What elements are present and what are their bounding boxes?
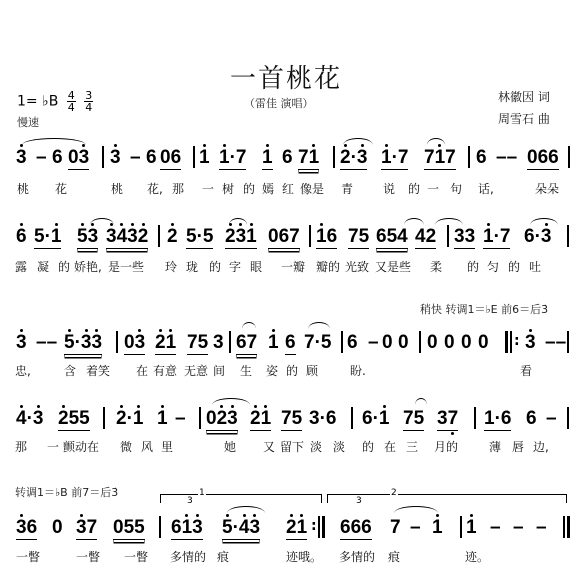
note: 5: [134, 518, 145, 538]
note: 2: [167, 227, 178, 247]
note-group: 0: [461, 333, 472, 353]
barline: [460, 516, 462, 538]
note: 6: [476, 148, 487, 168]
note: 0: [124, 333, 135, 353]
note-group: 0: [52, 518, 63, 538]
note: 3: [236, 227, 247, 247]
slur: [404, 218, 424, 225]
note: 3: [135, 333, 146, 353]
triplet-marker-2: 3: [356, 496, 362, 506]
note: 1: [51, 227, 62, 247]
lyric-syllable: 在: [136, 362, 148, 379]
slur: [435, 218, 463, 225]
lyric-syllable: 唇: [512, 438, 524, 455]
note: 5: [79, 409, 90, 429]
lyric-syllable: 一: [202, 180, 214, 197]
barline: [341, 331, 343, 353]
repeat-dots: :: [514, 333, 520, 349]
note: 1: [268, 333, 279, 353]
note: 3: [33, 409, 44, 429]
note: 5: [292, 409, 303, 429]
lyric-syllable: 珑: [186, 258, 198, 275]
note: 7: [424, 148, 435, 168]
lyric-syllable: 迹。: [465, 548, 489, 565]
barline: [567, 225, 569, 247]
note: 1: [261, 409, 272, 429]
note-group: 1: [262, 148, 273, 170]
slur: [242, 322, 256, 329]
note: 0: [444, 333, 455, 353]
note: 0: [52, 518, 63, 538]
lyric-syllable: 话,: [478, 180, 494, 197]
note: 0: [461, 333, 472, 353]
barline: [159, 516, 161, 538]
note: –: [175, 409, 186, 429]
note-group: 5·33: [64, 333, 102, 355]
note: 3: [227, 409, 238, 429]
note: 0: [398, 333, 409, 353]
note-group: 067: [268, 227, 300, 249]
lyric-syllable: 柔: [430, 258, 442, 275]
lyric-syllable: 看: [520, 362, 532, 379]
lyric-syllable: 眼: [250, 258, 262, 275]
note: 6: [171, 518, 182, 538]
note-group: 613: [171, 518, 203, 540]
lyric-syllable: 多情的: [339, 548, 375, 565]
note: 3: [192, 518, 203, 538]
lyric-syllable: 又: [263, 438, 275, 455]
slur: [90, 218, 114, 225]
note: 2: [426, 227, 437, 247]
note-group: 3·6: [309, 409, 336, 429]
note: 2: [225, 227, 236, 247]
repeat-dots: :: [311, 518, 317, 534]
note: 0: [527, 148, 538, 168]
lyric-syllable: 淡: [310, 438, 322, 455]
note: 3: [91, 333, 102, 353]
note: 6: [327, 227, 338, 247]
note: 1: [379, 409, 390, 429]
lyric-syllable: 生: [240, 362, 252, 379]
lyricist-credit: 林徽因 词: [498, 88, 550, 105]
lyric-syllable: 她: [224, 438, 236, 455]
note-group: 0: [382, 333, 393, 353]
note: –: [490, 518, 501, 538]
note: 7: [500, 227, 511, 247]
note: 1: [219, 148, 230, 168]
note-group: 255: [58, 409, 90, 431]
note: 3: [437, 409, 448, 429]
note-group: 6: [52, 148, 63, 168]
note: 0: [268, 227, 279, 247]
note: 2: [286, 518, 297, 538]
barline: [351, 407, 353, 429]
note: 0: [160, 148, 171, 168]
note: 6: [351, 518, 362, 538]
note: 2: [155, 333, 166, 353]
note-group: 6: [16, 227, 27, 247]
note: 2: [340, 148, 351, 168]
note-group: 75: [348, 227, 369, 249]
repeat-start-barline: [505, 331, 508, 353]
lyric-syllable: 薄: [489, 438, 501, 455]
lyric-syllable: 桃: [17, 180, 29, 197]
repeat-end-thin: [318, 516, 320, 538]
note: 7: [448, 409, 459, 429]
note: 7: [445, 148, 456, 168]
lyric-syllable: 吐: [529, 258, 541, 275]
note-group: 7·5: [304, 333, 331, 353]
lyric-syllable: 一瞥: [76, 548, 100, 565]
note: 3: [309, 409, 320, 429]
note: 4: [415, 227, 426, 247]
note: 3: [81, 333, 92, 353]
composer-credit: 周雪石 曲: [498, 110, 550, 127]
note: 3: [76, 518, 87, 538]
note: 5: [124, 518, 135, 538]
note: 7: [281, 409, 292, 429]
note: –: [36, 148, 47, 168]
lyric-syllable: 痕: [217, 548, 229, 565]
note-group: 36: [16, 518, 37, 540]
note: 5: [69, 409, 80, 429]
lyric-syllable: 月的: [434, 438, 458, 455]
lyric-syllable: 字: [229, 258, 241, 275]
note: 3: [541, 227, 552, 247]
note-group: 6: [476, 148, 487, 168]
note: 6: [538, 148, 549, 168]
barline: [199, 407, 201, 429]
note: 7: [236, 148, 247, 168]
lyric-syllable: 花,: [147, 180, 163, 197]
note: 5: [198, 333, 209, 353]
note: 6: [524, 227, 535, 247]
volta-bracket-2: [327, 494, 567, 503]
note-group: 1·7: [483, 227, 510, 249]
note: 7: [289, 227, 300, 247]
note-group: – –: [36, 333, 57, 353]
modulation-marking-2: 转调1＝♭B 前7＝后3̇: [15, 484, 118, 500]
note: 1: [182, 518, 193, 538]
lyric-syllable: 盼.: [350, 362, 366, 379]
note-group: 03: [68, 148, 89, 170]
note: 6: [362, 409, 373, 429]
note: 0: [382, 333, 393, 353]
note-group: –: [513, 518, 524, 538]
note: 7: [348, 227, 359, 247]
barline: [229, 331, 231, 353]
note-group: 0: [398, 333, 409, 353]
lyric-syllable: 忠,: [15, 362, 31, 379]
barline: [116, 331, 118, 353]
note: 6: [548, 148, 559, 168]
note: 1: [483, 227, 494, 247]
note-group: –: [410, 518, 421, 538]
note-group: 21: [250, 409, 271, 431]
note-group: 023: [206, 409, 238, 431]
lyric-syllable: 娇艳,: [74, 258, 102, 275]
note-group: 71: [298, 148, 319, 170]
lyric-syllable: 边,: [533, 438, 549, 455]
lyric-syllable: 的: [467, 258, 479, 275]
note: 3: [88, 227, 99, 247]
note-group: 0: [427, 333, 438, 353]
note: 6: [171, 148, 182, 168]
note: 6: [326, 409, 337, 429]
note-group: – –: [496, 148, 517, 168]
note-group: 37: [76, 518, 97, 540]
time-signature-4-4: 44: [67, 90, 76, 113]
note-group: 1: [432, 518, 443, 538]
note: 4: [16, 409, 27, 429]
note-group: 6: [526, 409, 537, 429]
barline: [447, 225, 449, 247]
note: 5: [387, 227, 398, 247]
slur: [415, 398, 427, 405]
lyric-syllable: 又是些: [375, 258, 411, 275]
lyric-syllable: 一: [47, 438, 59, 455]
note: 6: [347, 333, 358, 353]
note: 1: [297, 518, 308, 538]
note-group: 2·1: [116, 409, 143, 429]
lyric-syllable: 淡: [333, 438, 345, 455]
note-group: 03: [124, 333, 145, 355]
note-group: 3: [16, 148, 27, 168]
volta-number-1: 1: [198, 488, 206, 498]
note-group: 16: [316, 227, 337, 249]
tempo-marking: 慢速: [17, 114, 39, 130]
note: 1: [435, 148, 446, 168]
lyric-syllable: 间: [213, 362, 225, 379]
note: 7: [304, 333, 315, 353]
note: 4: [239, 518, 250, 538]
slur: [343, 138, 373, 145]
note: 6: [146, 148, 157, 168]
lyric-syllable: 颤动在: [63, 438, 99, 455]
note-group: 75: [403, 409, 424, 431]
note-group: 2·3: [340, 148, 367, 170]
note-group: –: [130, 148, 141, 168]
note: 2: [217, 409, 228, 429]
note: 7: [403, 409, 414, 429]
slur: [530, 218, 558, 225]
note-group: –: [36, 148, 47, 168]
lyric-syllable: 的: [209, 258, 221, 275]
note: 6: [501, 409, 512, 429]
note: –: [546, 409, 557, 429]
lyric-syllable: 树: [222, 180, 234, 197]
repeat-start-thin: [510, 331, 512, 353]
note-group: 06: [160, 148, 181, 170]
lyric-syllable: 在: [384, 438, 396, 455]
lyric-syllable: 微: [120, 438, 132, 455]
barline: [103, 407, 105, 429]
lyric-syllable: 光致: [345, 258, 369, 275]
note-group: 3: [525, 333, 536, 353]
note: 6: [282, 148, 293, 168]
note-group: 231: [225, 227, 257, 249]
lyric-syllable: 花: [55, 180, 67, 197]
lyric-syllable: 无意: [184, 362, 208, 379]
note: 1: [432, 518, 443, 538]
note: 1: [309, 148, 320, 168]
note-group: 3432: [106, 227, 148, 249]
note: 3: [16, 333, 27, 353]
note: 3: [525, 333, 536, 353]
note-group: 5·5: [186, 227, 213, 249]
note: 3: [16, 518, 27, 538]
final-barline: [567, 516, 570, 538]
note: 0: [478, 333, 489, 353]
lyric-syllable: 一: [427, 180, 439, 197]
note-group: 1: [268, 333, 279, 353]
lyric-syllable: 露: [15, 258, 27, 275]
note-group: 3: [16, 333, 27, 353]
lyric-syllable: 红: [282, 180, 294, 197]
note: 6: [279, 227, 290, 247]
note-group: 717: [424, 148, 456, 170]
barline: [419, 331, 421, 353]
slur: [227, 506, 265, 513]
lyric-syllable: 三: [406, 438, 418, 455]
note: 6: [526, 409, 537, 429]
note-group: 67: [236, 333, 257, 355]
singer-credit: （雷佳 演唱）: [244, 95, 314, 111]
barline: [568, 146, 570, 168]
note: 3: [249, 518, 260, 538]
lyric-syllable: 的: [243, 180, 255, 197]
note: 3: [106, 227, 117, 247]
note: 2: [250, 409, 261, 429]
slur: [22, 138, 86, 145]
note: 1: [466, 518, 477, 538]
lyric-syllable: 一瓣: [281, 258, 305, 275]
note: 5: [321, 333, 332, 353]
note-group: 0: [478, 333, 489, 353]
note: 4: [397, 227, 408, 247]
note: 7: [390, 518, 401, 538]
lyric-syllable: 那: [15, 438, 27, 455]
note: 4: [117, 227, 128, 247]
note: 1: [157, 409, 168, 429]
slur: [212, 398, 250, 405]
note-group: 6: [347, 333, 358, 353]
note: 5: [186, 227, 197, 247]
note: 1: [316, 227, 327, 247]
note: 6: [27, 518, 38, 538]
note-group: –: [175, 409, 186, 429]
note: 5: [34, 227, 45, 247]
note: –: [410, 518, 421, 538]
note-group: 53: [77, 227, 98, 249]
lyric-syllable: 有意: [153, 362, 177, 379]
lyric-syllable: 瓣的: [316, 258, 340, 275]
note-group: 6: [282, 148, 293, 168]
note: 1: [484, 409, 495, 429]
slur: [427, 138, 445, 145]
lyric-syllable: 多情的: [170, 548, 206, 565]
note: 7: [87, 518, 98, 538]
note: 1: [262, 148, 273, 168]
note-group: 066: [527, 148, 559, 170]
lyric-syllable: 匀: [487, 258, 499, 275]
note: –: [507, 148, 518, 168]
note-group: 21: [286, 518, 307, 540]
lyric-syllable: 说: [383, 180, 395, 197]
barline: [102, 146, 104, 168]
note: –: [496, 148, 507, 168]
note-group: –: [546, 409, 557, 429]
note: 1: [133, 409, 144, 429]
barline: [309, 225, 311, 247]
song-title: 一首桃花: [230, 58, 342, 95]
note-group: 37: [437, 409, 458, 431]
note: 6: [16, 227, 27, 247]
note: 0: [427, 333, 438, 353]
lyric-syllable: 像是: [300, 180, 324, 197]
note: 7: [298, 148, 309, 168]
note-group: 1: [466, 518, 477, 538]
lyric-syllable: 凝: [37, 258, 49, 275]
note: 7: [187, 333, 198, 353]
barline: [468, 146, 470, 168]
lyric-syllable: 含: [64, 362, 76, 379]
note-group: 1: [157, 409, 168, 429]
time-signature-3-4: 34: [84, 90, 93, 113]
repeat-end-barline: [322, 516, 325, 538]
note: 2: [58, 409, 69, 429]
lyric-syllable: 一瞥: [16, 548, 40, 565]
note-group: –: [490, 518, 501, 538]
modulation-marking-1: 稍快 转调1＝♭E 前6＝后3̇: [420, 301, 548, 317]
lyric-syllable: 嫣: [262, 180, 274, 197]
note: 1: [199, 148, 210, 168]
note-group: 21: [155, 333, 176, 355]
note-group: –: [536, 518, 547, 538]
lyric-syllable: 桃: [111, 180, 123, 197]
note-group: 1·7: [219, 148, 246, 170]
lyric-syllable: 的: [408, 180, 420, 197]
lyric-syllable: 着笑: [86, 362, 110, 379]
slur: [308, 322, 330, 329]
note: –: [545, 333, 556, 353]
lyric-syllable: 里: [161, 438, 173, 455]
note: 2: [116, 409, 127, 429]
lyric-syllable: 玲: [165, 258, 177, 275]
note-group: 2: [167, 227, 178, 247]
note: 1: [166, 333, 177, 353]
note-group: – –: [545, 333, 566, 353]
lyric-syllable: 留下: [280, 438, 304, 455]
lyric-syllable: 句: [450, 180, 462, 197]
note-group: 75: [187, 333, 208, 355]
note-group: 3: [110, 148, 121, 168]
lyric-syllable: 朵朵: [535, 180, 559, 197]
barline: [193, 146, 195, 168]
note: 3: [16, 148, 27, 168]
final-barline-thin: [563, 516, 565, 538]
note-group: 4·3: [16, 409, 43, 429]
note-group: 666: [340, 518, 372, 540]
barline: [333, 146, 335, 168]
note: 3: [357, 148, 368, 168]
note: 6: [285, 333, 296, 353]
lyric-syllable: 的: [58, 258, 70, 275]
note: 5: [203, 227, 214, 247]
note: 3: [127, 227, 138, 247]
note-group: 654: [376, 227, 408, 249]
lyric-syllable: 那: [172, 180, 184, 197]
